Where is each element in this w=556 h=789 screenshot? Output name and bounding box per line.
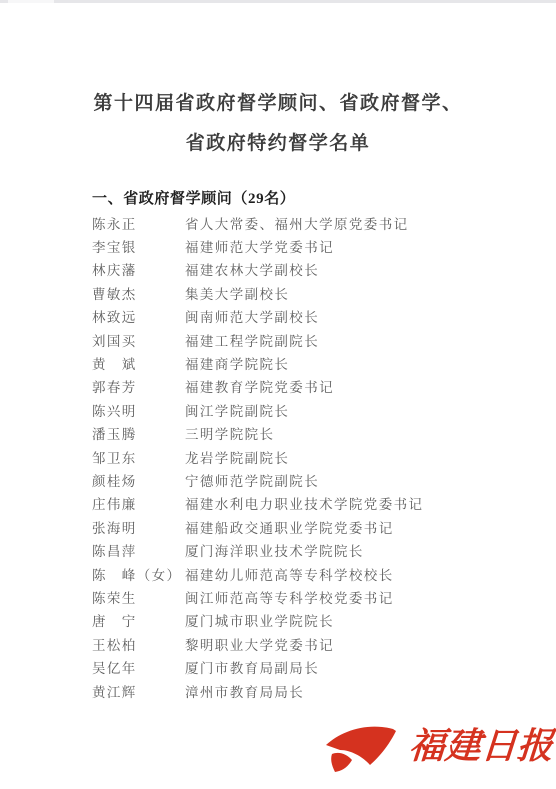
person-name: 郭春芳 xyxy=(92,376,185,396)
roster-row: 庄伟廉 福建水利电力职业技术学院党委书记 xyxy=(92,492,526,515)
person-title: 三明学院院长 xyxy=(185,423,526,443)
roster-row: 刘国买 福建工程学院副院长 xyxy=(92,328,526,351)
roster-row: 颜桂炀 宁德师范学院副院长 xyxy=(92,468,526,491)
person-title: 龙岩学院副院长 xyxy=(185,447,526,467)
person-name: 陈荣生 xyxy=(92,587,185,607)
person-name: 颜桂炀 xyxy=(92,470,185,490)
person-name: 唐 宁 xyxy=(92,610,185,630)
person-title: 漳州市教育局局长 xyxy=(185,681,526,701)
person-title: 福建工程学院副院长 xyxy=(185,330,526,350)
roster-row: 林庆藩 福建农林大学副校长 xyxy=(92,258,526,281)
person-name: 邹卫东 xyxy=(92,447,185,467)
top-edge-notch xyxy=(8,0,54,3)
roster-row: 潘玉腾 三明学院院长 xyxy=(92,422,526,445)
person-title: 福建幼儿师范高等专科学校校长 xyxy=(185,564,526,584)
roster-row: 陈兴明 闽江学院副院长 xyxy=(92,398,526,421)
roster-row: 陈昌萍 厦门海洋职业技术学院院长 xyxy=(92,538,526,561)
roster-row: 唐 宁 厦门城市职业学院院长 xyxy=(92,609,526,632)
person-name: 陈兴明 xyxy=(92,400,185,420)
document-title: 第十四届省政府督学顾问、省政府督学、 省政府特约督学名单 xyxy=(0,84,556,164)
person-title: 福建农林大学副校长 xyxy=(185,259,526,279)
person-title: 福建商学院院长 xyxy=(185,353,526,373)
person-name: 黄 斌 xyxy=(92,353,185,373)
roster-row: 张海明 福建船政交通职业学院党委书记 xyxy=(92,515,526,538)
person-title: 省人大常委、福州大学原党委书记 xyxy=(185,213,526,233)
roster-list: 陈永正 省人大常委、福州大学原党委书记 李宝银 福建师范大学党委书记 林庆藩 福… xyxy=(92,211,526,702)
roster-row: 陈荣生 闽江师范高等专科学校党委书记 xyxy=(92,585,526,608)
person-name: 曹敏杰 xyxy=(92,283,185,303)
person-name: 林庆藩 xyxy=(92,259,185,279)
person-name: 吴亿年 xyxy=(92,657,185,677)
person-title: 宁德师范学院副院长 xyxy=(185,470,526,490)
person-title: 闽南师范大学副校长 xyxy=(185,306,526,326)
roster-row: 黄 斌 福建商学院院长 xyxy=(92,351,526,374)
person-title: 黎明职业大学党委书记 xyxy=(185,634,526,654)
roster-row: 李宝银 福建师范大学党委书记 xyxy=(92,234,526,257)
person-title: 闽江师范高等专科学校党委书记 xyxy=(185,587,526,607)
person-name: 王松柏 xyxy=(92,634,185,654)
roster-row: 郭春芳 福建教育学院党委书记 xyxy=(92,375,526,398)
person-name: 林致远 xyxy=(92,306,185,326)
roster-row: 曹敏杰 集美大学副校长 xyxy=(92,281,526,304)
roster-row: 黄江辉 漳州市教育局局长 xyxy=(92,679,526,702)
roster-row: 吴亿年 厦门市教育局副局长 xyxy=(92,655,526,678)
person-name: 刘国买 xyxy=(92,330,185,350)
section-heading: 一、省政府督学顾问（29名） xyxy=(92,187,295,208)
person-title: 福建水利电力职业技术学院党委书记 xyxy=(185,493,526,513)
person-title: 厦门海洋职业技术学院院长 xyxy=(185,540,526,560)
top-edge-strip xyxy=(0,0,556,3)
person-name: 陈昌萍 xyxy=(92,540,185,560)
roster-row: 邹卫东 龙岩学院副院长 xyxy=(92,445,526,468)
person-title: 福建船政交通职业学院党委书记 xyxy=(185,517,526,537)
person-title: 厦门城市职业学院院长 xyxy=(185,610,526,630)
roster-row: 陈 峰（女） 福建幼儿师范高等专科学校校长 xyxy=(92,562,526,585)
roster-row: 王松柏 黎明职业大学党委书记 xyxy=(92,632,526,655)
person-title: 福建师范大学党委书记 xyxy=(185,236,526,256)
person-name: 庄伟廉 xyxy=(92,493,185,513)
person-title: 福建教育学院党委书记 xyxy=(185,376,526,396)
roster-row: 林致远 闽南师范大学副校长 xyxy=(92,305,526,328)
roster-row: 陈永正 省人大常委、福州大学原党委书记 xyxy=(92,211,526,234)
person-title: 厦门市教育局副局长 xyxy=(185,657,526,677)
person-name: 陈永正 xyxy=(92,213,185,233)
person-name: 李宝银 xyxy=(92,236,185,256)
person-name: 潘玉腾 xyxy=(92,423,185,443)
document-title-line2: 省政府特约督学名单 xyxy=(0,124,556,164)
fujian-daily-logo-text: 福建日报 xyxy=(408,728,555,764)
person-title: 闽江学院副院长 xyxy=(185,400,526,420)
person-name: 张海明 xyxy=(92,517,185,537)
person-name: 黄江辉 xyxy=(92,681,185,701)
document-title-line1: 第十四届省政府督学顾问、省政府督学、 xyxy=(0,84,556,124)
person-name: 陈 峰（女） xyxy=(92,564,185,584)
fujian-daily-flag-icon xyxy=(325,720,397,772)
person-title: 集美大学副校长 xyxy=(185,283,526,303)
newspaper-logo: 福建日报 xyxy=(325,712,553,780)
